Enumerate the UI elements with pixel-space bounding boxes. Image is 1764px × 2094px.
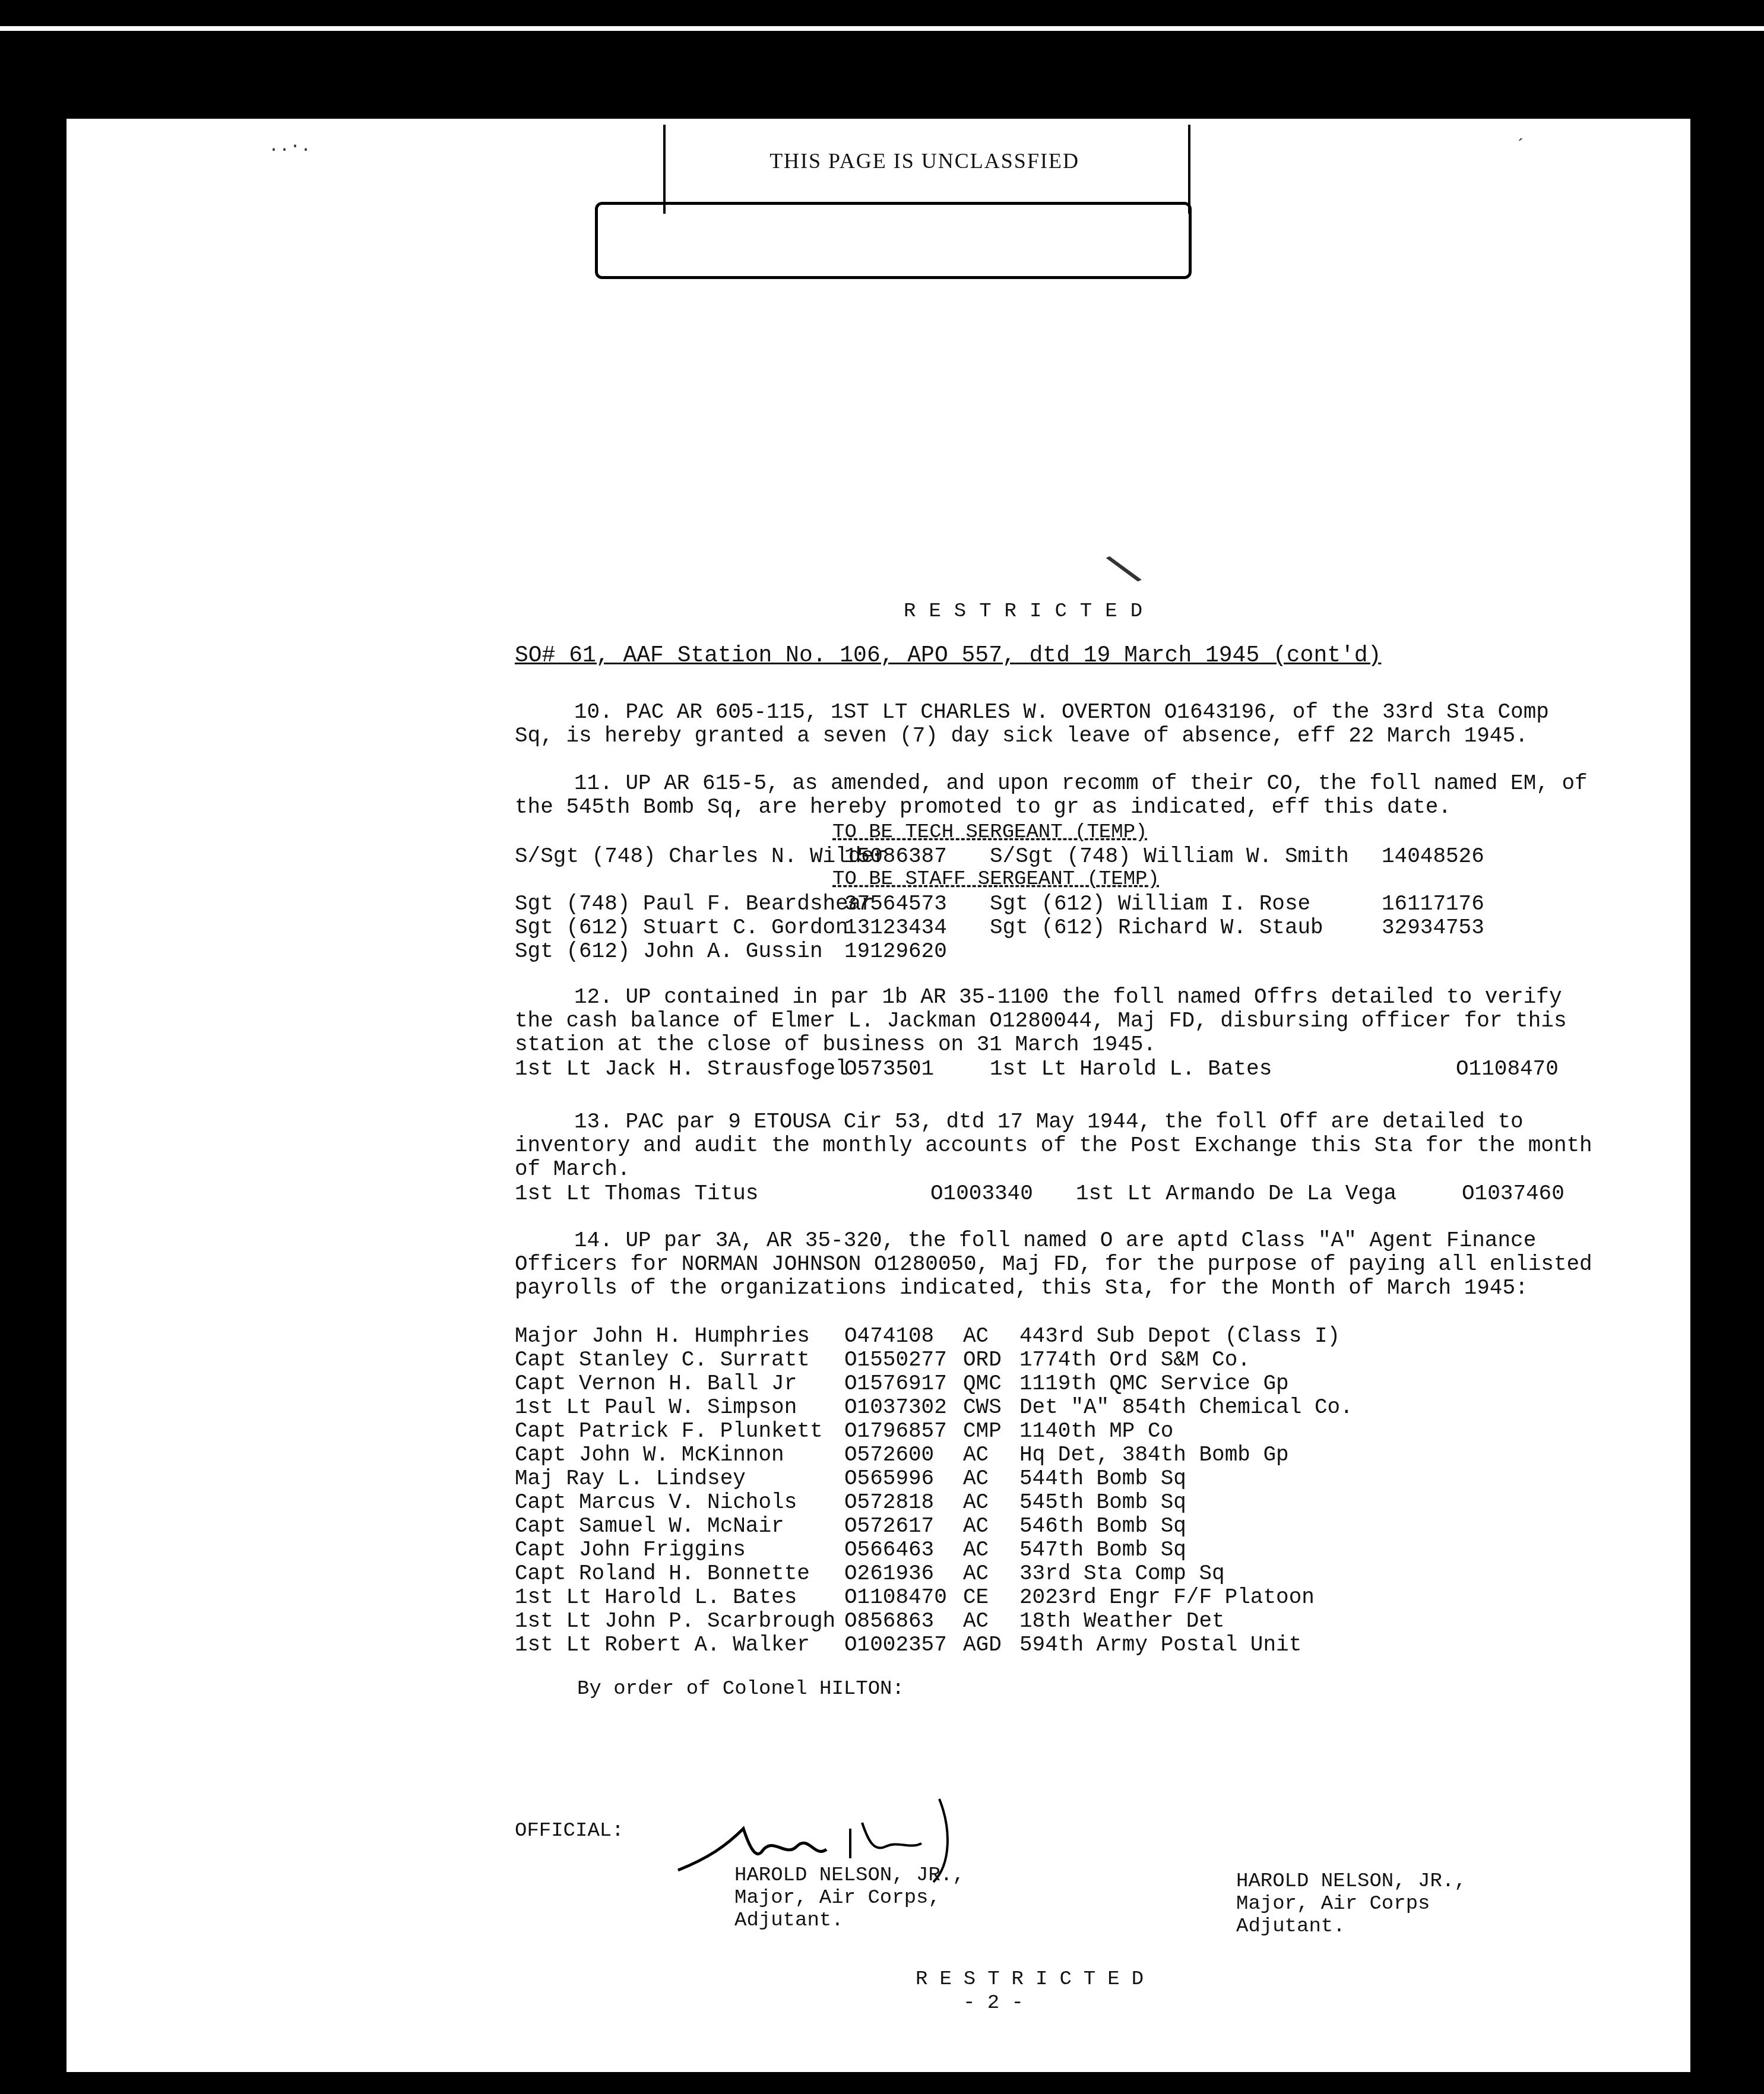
branch: QMC bbox=[963, 1371, 1002, 1396]
right-name: S/Sgt (748) William W. Smith bbox=[990, 844, 1349, 869]
scan-border-bottom bbox=[66, 2072, 1690, 2094]
para-number: 10. bbox=[574, 700, 613, 724]
unit: 544th Bomb Sq bbox=[1019, 1466, 1186, 1491]
left-serial: 13123434 bbox=[844, 915, 947, 940]
para-text: UP contained in par 1b AR 35-1100 the fo… bbox=[515, 985, 1579, 1057]
serial-number: O566463 bbox=[844, 1538, 934, 1562]
left-name: Sgt (612) John A. Gussin bbox=[515, 939, 822, 964]
promotion-row: Sgt (748) Paul F. Beardshear 37564573 Sg… bbox=[515, 892, 1607, 915]
unit: 546th Bomb Sq bbox=[1019, 1514, 1186, 1538]
detail-row: 1st Lt Jack H. Strausfogel O573501 1st L… bbox=[515, 1057, 1607, 1081]
order-header: SO# 61, AAF Station No. 106, APO 557, dt… bbox=[515, 644, 1381, 668]
finance-officer-row: Capt Marcus V. NicholsO572818AC545th Bom… bbox=[515, 1490, 1607, 1514]
unit: 547th Bomb Sq bbox=[1019, 1538, 1186, 1562]
paragraph-12: 12. UP contained in par 1b AR 35-1100 th… bbox=[515, 986, 1595, 1057]
serial-number: O856863 bbox=[844, 1609, 934, 1633]
unit: 1140th MP Co bbox=[1019, 1419, 1173, 1443]
officer-name: Maj Ray L. Lindsey bbox=[515, 1466, 746, 1491]
pen-mark: \ bbox=[1101, 543, 1150, 604]
subhead-staff-sergeant: TO BE STAFF SERGEANT (TEMP) bbox=[832, 868, 1160, 891]
right-name: Sgt (612) Richard W. Staub bbox=[990, 915, 1323, 940]
serial-number: O572818 bbox=[844, 1490, 934, 1515]
serial-number: O1037302 bbox=[844, 1395, 947, 1420]
unit: 443rd Sub Depot (Class I) bbox=[1019, 1324, 1340, 1348]
unit: Hq Det, 384th Bomb Gp bbox=[1019, 1443, 1289, 1467]
para-text: UP AR 615-5, as amended, and upon recomm… bbox=[515, 771, 1600, 819]
para-text: PAC AR 605-115, 1ST LT CHARLES W. OVERTO… bbox=[515, 700, 1562, 748]
finance-officer-row: Capt Roland H. BonnetteO261936AC33rd Sta… bbox=[515, 1561, 1607, 1585]
stamp-text: THIS PAGE IS UNCLASSFIED bbox=[663, 148, 1186, 173]
branch: CE bbox=[963, 1585, 989, 1610]
unit: 2023rd Engr F/F Platoon bbox=[1019, 1585, 1315, 1610]
serial-number: O572617 bbox=[844, 1514, 934, 1538]
para-text: PAC par 9 ETOUSA Cir 53, dtd 17 May 1944… bbox=[515, 1110, 1605, 1181]
detail-row: 1st Lt Thomas Titus O1003340 1st Lt Arma… bbox=[515, 1181, 1607, 1205]
branch: ORD bbox=[963, 1348, 1002, 1372]
signature-block-left: HAROLD NELSON, JR.,Major, Air Corps,Adju… bbox=[734, 1864, 965, 1932]
left-name: S/Sgt (748) Charles N. Wilder bbox=[515, 844, 887, 869]
paragraph-11: 11. UP AR 615-5, as amended, and upon re… bbox=[515, 772, 1595, 819]
stamp-frame-lower bbox=[595, 202, 1192, 279]
unit: Det "A" 854th Chemical Co. bbox=[1019, 1395, 1353, 1420]
signer-rank: Major, Air Corps, bbox=[734, 1887, 965, 1909]
officer-name: Capt John W. McKinnon bbox=[515, 1443, 784, 1467]
classification-top: RESTRICTED bbox=[904, 600, 1155, 623]
para-text: UP par 3A, AR 35-320, the foll named O a… bbox=[515, 1228, 1605, 1300]
unit: 594th Army Postal Unit bbox=[1019, 1633, 1301, 1657]
page-number: - 2 - bbox=[963, 1992, 1024, 2014]
branch: AC bbox=[963, 1490, 989, 1515]
para-number: 14. bbox=[574, 1228, 613, 1253]
left-serial: 19129620 bbox=[844, 939, 947, 964]
signer-rank: Major, Air Corps bbox=[1236, 1893, 1467, 1915]
unit: 545th Bomb Sq bbox=[1019, 1490, 1186, 1515]
finance-officer-row: Maj Ray L. LindseyO565996AC544th Bomb Sq bbox=[515, 1466, 1607, 1490]
officer-name: 1st Lt Paul W. Simpson bbox=[515, 1395, 797, 1420]
left-serial: 15086387 bbox=[844, 844, 947, 869]
signer-name: HAROLD NELSON, JR., bbox=[1236, 1870, 1467, 1893]
left-serial: O1003340 bbox=[930, 1181, 1033, 1206]
serial-number: O474108 bbox=[844, 1324, 934, 1348]
finance-officer-row: Capt Patrick F. PlunkettO1796857CMP1140t… bbox=[515, 1419, 1607, 1443]
paragraph-14: 14. UP par 3A, AR 35-320, the foll named… bbox=[515, 1229, 1595, 1300]
officer-name: Capt Samuel W. McNair bbox=[515, 1514, 784, 1538]
officer-name: Capt Patrick F. Plunkett bbox=[515, 1419, 822, 1443]
right-name: Sgt (612) William I. Rose bbox=[990, 892, 1310, 916]
serial-number: O572600 bbox=[844, 1443, 934, 1467]
right-name: 1st Lt Harold L. Bates bbox=[990, 1057, 1272, 1081]
finance-officer-row: Capt John W. McKinnonO572600ACHq Det, 38… bbox=[515, 1443, 1607, 1466]
officer-name: Capt John Friggins bbox=[515, 1538, 746, 1562]
right-serial: O1108470 bbox=[1456, 1057, 1559, 1081]
unit: 18th Weather Det bbox=[1019, 1609, 1225, 1633]
classification-bottom: RESTRICTED bbox=[916, 1968, 1155, 1991]
serial-number: O1002357 bbox=[844, 1633, 947, 1657]
serial-number: O1576917 bbox=[844, 1371, 947, 1396]
left-name: 1st Lt Thomas Titus bbox=[515, 1181, 758, 1206]
officer-name: 1st Lt Harold L. Bates bbox=[515, 1585, 797, 1610]
finance-officer-row: Major John H. HumphriesO474108AC443rd Su… bbox=[515, 1324, 1607, 1348]
officer-name: 1st Lt Robert A. Walker bbox=[515, 1633, 810, 1657]
left-serial: O573501 bbox=[844, 1057, 934, 1081]
document-page: THIS PAGE IS UNCLASSFIED ..·. ´ \ RESTRI… bbox=[66, 119, 1690, 2094]
branch: AGD bbox=[963, 1633, 1002, 1657]
finance-officer-row: Capt Vernon H. Ball JrO1576917QMC1119th … bbox=[515, 1371, 1607, 1395]
para-number: 12. bbox=[574, 985, 613, 1009]
para-number: 13. bbox=[574, 1110, 613, 1134]
para-number: 11. bbox=[574, 771, 613, 796]
signer-title: Adjutant. bbox=[1236, 1915, 1467, 1938]
officer-name: Capt Marcus V. Nichols bbox=[515, 1490, 797, 1515]
official-label: OFFICIAL: bbox=[515, 1820, 624, 1842]
right-serial: O1037460 bbox=[1462, 1181, 1565, 1206]
signature-block-right: HAROLD NELSON, JR.,Major, Air CorpsAdjut… bbox=[1236, 1870, 1467, 1938]
branch: AC bbox=[963, 1466, 989, 1491]
finance-officer-row: 1st Lt Paul W. SimpsonO1037302CWSDet "A"… bbox=[515, 1395, 1607, 1419]
serial-number: O565996 bbox=[844, 1466, 934, 1491]
left-name: Sgt (612) Stuart C. Gordon bbox=[515, 915, 848, 940]
right-serial: 16117176 bbox=[1382, 892, 1484, 916]
signer-name: HAROLD NELSON, JR., bbox=[734, 1864, 965, 1887]
officer-name: Capt Stanley C. Surratt bbox=[515, 1348, 810, 1372]
left-name: 1st Lt Jack H. Strausfogel bbox=[515, 1057, 848, 1081]
branch: AC bbox=[963, 1514, 989, 1538]
serial-number: O1108470 bbox=[844, 1585, 947, 1610]
right-serial: 32934753 bbox=[1382, 915, 1484, 940]
officer-name: 1st Lt John P. Scarbrough bbox=[515, 1609, 835, 1633]
unclassified-stamp: THIS PAGE IS UNCLASSFIED bbox=[663, 125, 1186, 261]
scan-border-top bbox=[0, 0, 1764, 18]
branch: AC bbox=[963, 1443, 989, 1467]
unit: 33rd Sta Comp Sq bbox=[1019, 1561, 1225, 1586]
officer-name: Capt Roland H. Bonnette bbox=[515, 1561, 810, 1586]
finance-officer-row: 1st Lt John P. ScarbroughO856863AC18th W… bbox=[515, 1609, 1607, 1633]
paragraph-13: 13. PAC par 9 ETOUSA Cir 53, dtd 17 May … bbox=[515, 1110, 1595, 1181]
serial-number: O261936 bbox=[844, 1561, 934, 1586]
branch: CWS bbox=[963, 1395, 1002, 1420]
finance-officer-row: 1st Lt Harold L. BatesO1108470CE2023rd E… bbox=[515, 1585, 1607, 1609]
right-serial: 14048526 bbox=[1382, 844, 1484, 869]
branch: AC bbox=[963, 1324, 989, 1348]
left-name: Sgt (748) Paul F. Beardshear bbox=[515, 892, 874, 916]
serial-number: O1796857 bbox=[844, 1419, 947, 1443]
branch: AC bbox=[963, 1538, 989, 1562]
scan-speck: ..·. bbox=[268, 137, 311, 157]
promotion-row: Sgt (612) John A. Gussin 19129620 bbox=[515, 939, 1607, 963]
subhead-tech-sergeant: TO BE TECH SERGEANT (TEMP) bbox=[832, 821, 1148, 844]
promotion-row: Sgt (612) Stuart C. Gordon 13123434 Sgt … bbox=[515, 915, 1607, 939]
right-name: 1st Lt Armando De La Vega bbox=[1076, 1181, 1396, 1206]
branch: AC bbox=[963, 1609, 989, 1633]
paragraph-10: 10. PAC AR 605-115, 1ST LT CHARLES W. OV… bbox=[515, 701, 1595, 748]
finance-officer-row: 1st Lt Robert A. WalkerO1002357AGD594th … bbox=[515, 1633, 1607, 1656]
branch: CMP bbox=[963, 1419, 1002, 1443]
by-order-line: By order of Colonel HILTON: bbox=[577, 1677, 904, 1701]
serial-number: O1550277 bbox=[844, 1348, 947, 1372]
signer-title: Adjutant. bbox=[734, 1909, 965, 1932]
scan-speck: ´ bbox=[1515, 137, 1526, 157]
officer-name: Capt Vernon H. Ball Jr bbox=[515, 1371, 797, 1396]
finance-officer-row: Capt John FrigginsO566463AC547th Bomb Sq bbox=[515, 1538, 1607, 1561]
scan-stripe bbox=[0, 26, 1764, 31]
officer-name: Major John H. Humphries bbox=[515, 1324, 810, 1348]
unit: 1774th Ord S&M Co. bbox=[1019, 1348, 1250, 1372]
finance-officer-row: Capt Samuel W. McNairO572617AC546th Bomb… bbox=[515, 1514, 1607, 1538]
promotion-row: S/Sgt (748) Charles N. Wilder 15086387 S… bbox=[515, 844, 1607, 868]
unit: 1119th QMC Service Gp bbox=[1019, 1371, 1289, 1396]
left-serial: 37564573 bbox=[844, 892, 947, 916]
finance-officer-row: Capt Stanley C. SurrattO1550277ORD1774th… bbox=[515, 1348, 1607, 1371]
branch: AC bbox=[963, 1561, 989, 1586]
